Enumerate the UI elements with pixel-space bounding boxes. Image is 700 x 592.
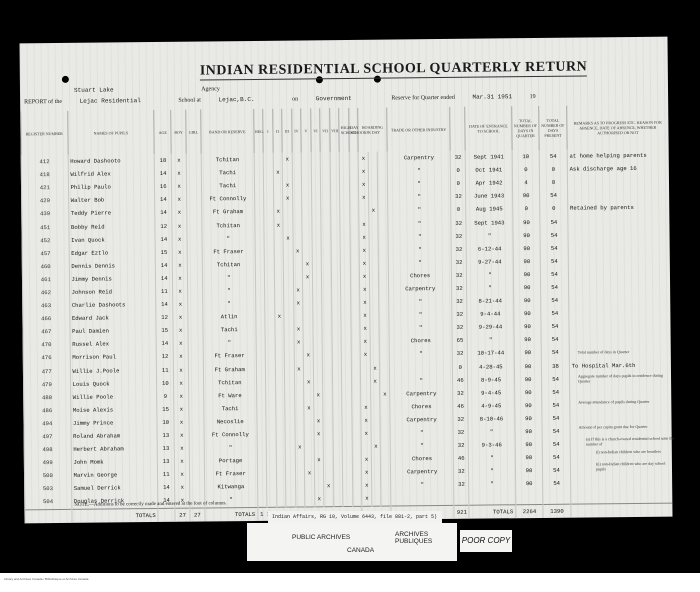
grade-cell bbox=[323, 362, 333, 375]
date-of-entrance: 10-17-44 bbox=[467, 347, 514, 361]
register-number: 429 bbox=[22, 194, 69, 208]
time-total: 921 bbox=[454, 505, 469, 519]
grade-cell bbox=[302, 192, 312, 205]
band: " bbox=[202, 271, 255, 285]
grade-cell bbox=[266, 402, 276, 415]
grade-cell bbox=[292, 179, 302, 192]
boarding-cell bbox=[379, 256, 389, 269]
grade-cell bbox=[255, 271, 265, 284]
grade-cell bbox=[312, 205, 322, 218]
days-total: 90 bbox=[514, 320, 542, 333]
grade-cell bbox=[341, 309, 351, 322]
grade-cell bbox=[265, 310, 275, 323]
boy-mark: x bbox=[173, 311, 188, 324]
boy-mark: x bbox=[174, 429, 189, 442]
boy-mark: x bbox=[173, 285, 188, 298]
days-present: 54 bbox=[542, 398, 570, 411]
grade-cell bbox=[341, 283, 351, 296]
time-in-trade: 32 bbox=[452, 269, 467, 282]
pupils-table: Register Number Names of Pupils Age Boy … bbox=[20, 105, 672, 523]
time-in-trade: 32 bbox=[452, 255, 467, 268]
register-number: 499 bbox=[24, 456, 71, 470]
age: 12 bbox=[157, 350, 174, 363]
col-grade: VII bbox=[320, 108, 330, 152]
school-value: Lejac,B.C. bbox=[218, 96, 254, 103]
grade-cell bbox=[321, 165, 331, 178]
trade bbox=[391, 491, 455, 505]
grade-cell bbox=[276, 415, 286, 428]
grade-cell bbox=[302, 244, 312, 257]
report-line: REPORT of the Lejac Residential School a… bbox=[24, 93, 536, 105]
boarding-cell bbox=[379, 243, 389, 256]
grade-cell bbox=[333, 401, 343, 414]
remarks: To Hospital Mar.6th bbox=[569, 358, 671, 372]
grade-cell bbox=[324, 466, 334, 479]
grade-cell bbox=[276, 401, 286, 414]
grade-cell bbox=[305, 453, 315, 466]
grade-cell bbox=[331, 218, 341, 231]
remarks bbox=[570, 410, 672, 424]
pupil-name: Jimmy Prince bbox=[70, 416, 157, 430]
grade-cell bbox=[352, 440, 362, 453]
grade-cell bbox=[349, 152, 359, 165]
boarding-cell: x bbox=[359, 165, 369, 178]
grade-cell: x bbox=[273, 166, 283, 179]
pupil-name: Wilfrid Alex bbox=[68, 167, 155, 181]
grade-cell bbox=[302, 179, 312, 192]
grade-cell bbox=[275, 375, 285, 388]
col-trade: Trade or Other Industry bbox=[387, 107, 451, 152]
boarding-cell bbox=[368, 191, 378, 204]
pupil-name: Roland Abraham bbox=[71, 429, 158, 443]
girl-mark bbox=[187, 258, 202, 271]
remarks: at home helping parents bbox=[567, 149, 669, 163]
archive-reference: Indian Affairs, RG 10, Volume 6443, file… bbox=[268, 511, 442, 523]
time-in-trade: 32 bbox=[453, 347, 468, 360]
boy-mark: x bbox=[172, 219, 187, 232]
remarks bbox=[568, 266, 670, 280]
grade-cell bbox=[254, 179, 264, 192]
grade-cell bbox=[323, 388, 333, 401]
boarding-cell bbox=[370, 309, 380, 322]
note-aggregate-days: Aggregate number of days pupils in resid… bbox=[578, 373, 668, 384]
trade bbox=[389, 360, 453, 374]
grade-cell bbox=[323, 349, 333, 362]
grade-cell bbox=[266, 415, 276, 428]
grade-cell bbox=[304, 427, 314, 440]
pupil-name: Teddy Pierre bbox=[68, 206, 155, 220]
grade-cell bbox=[313, 336, 323, 349]
band: Portage bbox=[204, 454, 257, 468]
boarding-cell bbox=[380, 374, 390, 387]
grade-cell bbox=[302, 205, 312, 218]
remarks bbox=[568, 280, 670, 294]
boarding-cell bbox=[378, 191, 388, 204]
col-grade: Day School bbox=[349, 108, 359, 152]
grade-cell bbox=[264, 258, 274, 271]
grade-cell bbox=[350, 270, 360, 283]
grade-cell bbox=[256, 375, 266, 388]
age: 14 bbox=[156, 337, 173, 350]
col-grade: IV bbox=[291, 108, 301, 152]
time-in-trade: 32 bbox=[452, 321, 467, 334]
grade-cell bbox=[340, 178, 350, 191]
time-in-trade: 32 bbox=[454, 465, 469, 478]
grade-cell bbox=[342, 414, 352, 427]
col-register: Register Number bbox=[21, 111, 68, 155]
trade: Carpentry bbox=[387, 151, 451, 165]
register-number: 497 bbox=[24, 430, 71, 444]
grade-cell: x bbox=[294, 323, 304, 336]
boy-mark: x bbox=[175, 468, 190, 481]
grade-cell bbox=[321, 218, 331, 231]
girl-mark bbox=[189, 428, 204, 441]
grade-cell bbox=[266, 441, 276, 454]
trade: Carpentry bbox=[390, 465, 454, 479]
grade-cell bbox=[320, 152, 330, 165]
grade-cell bbox=[352, 453, 362, 466]
grade-cell bbox=[332, 335, 342, 348]
register-number: 480 bbox=[24, 391, 71, 405]
grade-cell: x bbox=[314, 453, 324, 466]
grade-cell bbox=[254, 153, 264, 166]
grade-cell: x bbox=[283, 179, 293, 192]
days-present: 0 bbox=[540, 202, 568, 215]
grade-cell bbox=[294, 349, 304, 362]
grade-cell bbox=[331, 244, 341, 257]
grade-cell: x bbox=[315, 493, 325, 507]
grade-cell bbox=[257, 428, 267, 441]
days-present: 54 bbox=[542, 372, 570, 385]
grade-cell bbox=[333, 453, 343, 466]
days-total: 90 bbox=[514, 346, 542, 359]
days-total: 90 bbox=[515, 451, 543, 464]
date-of-entrance bbox=[469, 491, 516, 505]
register-number: 452 bbox=[22, 233, 69, 247]
band: Tchitan bbox=[203, 376, 256, 390]
boarding-cell bbox=[370, 322, 380, 335]
age: 11 bbox=[156, 285, 173, 298]
boarding-cell: x bbox=[370, 361, 380, 374]
grade-cell bbox=[293, 218, 303, 231]
report-value: Lejac Residential bbox=[80, 97, 141, 105]
age: 14 bbox=[155, 232, 172, 245]
boarding-cell: x bbox=[361, 348, 371, 361]
grade-cell bbox=[267, 467, 277, 480]
grade-cell bbox=[285, 401, 295, 414]
grade-cell bbox=[284, 336, 294, 349]
grade-cell bbox=[267, 480, 277, 493]
remarks bbox=[568, 293, 670, 307]
grade-cell bbox=[295, 427, 305, 440]
girl-mark bbox=[187, 245, 202, 258]
col-age: Age bbox=[154, 110, 171, 154]
days-present: 54 bbox=[540, 241, 568, 254]
band: Ft Connolly bbox=[204, 428, 257, 442]
credit-bar: Library and Archives Canada / Bibliothèq… bbox=[0, 573, 700, 592]
boarding-cell bbox=[359, 204, 369, 217]
days-present: 54 bbox=[541, 333, 569, 346]
grade-cell bbox=[313, 349, 323, 362]
grade-cell bbox=[257, 454, 267, 467]
pupil-name: Marvin George bbox=[71, 468, 158, 482]
col-grade: Beg. bbox=[253, 109, 263, 153]
grade-cell bbox=[256, 349, 266, 362]
boarding-cell bbox=[369, 217, 379, 230]
trade: " bbox=[388, 216, 452, 230]
band: " bbox=[202, 297, 255, 311]
totals-girls: 27 bbox=[190, 508, 205, 522]
grade-cell bbox=[343, 440, 353, 453]
grade-cell bbox=[257, 415, 267, 428]
pupil-name: Morrison Paul bbox=[70, 350, 157, 364]
band: " bbox=[202, 232, 255, 246]
trade: Chores bbox=[390, 452, 454, 466]
days-total: 90 bbox=[514, 373, 542, 386]
grade-cell bbox=[275, 323, 285, 336]
register-number: 476 bbox=[23, 351, 70, 365]
col-grade: VI bbox=[310, 108, 320, 152]
grade-cell: x bbox=[283, 192, 293, 205]
date-of-entrance: 8-10-46 bbox=[468, 412, 515, 426]
register-number: 457 bbox=[22, 247, 69, 261]
col-grade: III bbox=[282, 109, 292, 153]
col-time bbox=[450, 107, 465, 151]
grade-cell: x bbox=[282, 153, 292, 166]
grade-cell bbox=[255, 284, 265, 297]
grade-cell bbox=[294, 310, 304, 323]
grade-cell bbox=[350, 283, 360, 296]
grade-cell bbox=[349, 191, 359, 204]
grade-cell bbox=[304, 440, 314, 453]
grade-cell bbox=[257, 441, 267, 454]
agency-value: Stuart Lake bbox=[74, 86, 114, 93]
grade-cell bbox=[341, 257, 351, 270]
date-of-entrance: 4-28-45 bbox=[468, 360, 515, 374]
boy-mark: x bbox=[173, 324, 188, 337]
col-boarding: Boarding or Day bbox=[358, 108, 387, 152]
grade-cell bbox=[286, 493, 296, 507]
trade: " bbox=[389, 295, 453, 309]
trade: Carpentry bbox=[390, 413, 454, 427]
grade-cell bbox=[334, 492, 344, 506]
girl-mark bbox=[188, 363, 203, 376]
grade-cell bbox=[332, 375, 342, 388]
age: 13 bbox=[157, 429, 174, 442]
age: 11 bbox=[157, 363, 174, 376]
days-present: 0 bbox=[540, 163, 568, 176]
girl-mark bbox=[186, 167, 201, 180]
grade-cell bbox=[276, 493, 286, 507]
girl-mark bbox=[186, 154, 201, 167]
grade-cell bbox=[285, 428, 295, 441]
boarding-cell bbox=[368, 178, 378, 191]
boarding-cell bbox=[371, 479, 381, 492]
days-total: 90 bbox=[513, 281, 541, 294]
grade-cell bbox=[352, 479, 362, 492]
days-present: 54 bbox=[542, 385, 570, 398]
date-of-entrance: June 1943 bbox=[466, 190, 513, 204]
grade-cell bbox=[295, 480, 305, 493]
grade-cell bbox=[292, 152, 302, 165]
grade-cell bbox=[350, 217, 360, 230]
time-in-trade: 0 bbox=[453, 360, 468, 373]
remarks bbox=[568, 214, 670, 228]
trade: " bbox=[389, 321, 453, 335]
pupil-name: Ivan Quock bbox=[69, 233, 156, 247]
grade-cell: x bbox=[314, 414, 324, 427]
grade-cell bbox=[341, 335, 351, 348]
grade-cell bbox=[333, 440, 343, 453]
note-grant: Amount of per capita grant due for Quart… bbox=[579, 424, 669, 430]
age: 14 bbox=[156, 272, 173, 285]
grade-cell bbox=[321, 191, 331, 204]
grade-cell bbox=[276, 441, 286, 454]
grade-cell bbox=[352, 414, 362, 427]
girl-mark bbox=[187, 219, 202, 232]
girl-mark bbox=[187, 232, 202, 245]
remarks bbox=[567, 188, 669, 202]
grade-cell bbox=[349, 165, 359, 178]
remarks bbox=[567, 175, 669, 189]
time-in-trade bbox=[454, 491, 469, 505]
grade-cell bbox=[322, 322, 332, 335]
days-present: 54 bbox=[543, 464, 571, 477]
grade-cell: x bbox=[294, 362, 304, 375]
grade-cell bbox=[302, 218, 312, 231]
grade-cell bbox=[342, 348, 352, 361]
days-total: 4 bbox=[512, 176, 540, 189]
band: Ft Fraser bbox=[203, 349, 256, 363]
days-total: 90 bbox=[513, 215, 541, 228]
register-number: 451 bbox=[22, 220, 69, 234]
boarding-cell bbox=[378, 230, 388, 243]
time-in-trade: 32 bbox=[452, 308, 467, 321]
grade-cell bbox=[350, 257, 360, 270]
boarding-cell: x bbox=[360, 296, 370, 309]
grade-cell bbox=[265, 336, 275, 349]
days-total: 0 bbox=[512, 163, 540, 176]
boarding-cell bbox=[379, 269, 389, 282]
year-label: 19 bbox=[530, 94, 536, 100]
register-number: 463 bbox=[23, 299, 70, 313]
boarding-cell bbox=[380, 348, 390, 361]
grade-cell bbox=[340, 244, 350, 257]
note-non-indian-boarders: (i) non-Indian children who are boarders bbox=[596, 449, 668, 455]
grade-cell bbox=[294, 375, 304, 388]
grade-cell bbox=[342, 388, 352, 401]
boarding-cell bbox=[371, 466, 381, 479]
grade-cell bbox=[283, 166, 293, 179]
att-days-total: 2264 bbox=[516, 504, 544, 518]
grade-cell: x bbox=[313, 388, 323, 401]
grade-cell bbox=[295, 454, 305, 467]
grade-cell bbox=[314, 466, 324, 479]
days-total: 90 bbox=[515, 477, 543, 490]
girl-mark bbox=[188, 324, 203, 337]
pupil-name: Edgar Eztlo bbox=[69, 246, 156, 260]
pupil-name: John Momk bbox=[71, 455, 158, 469]
grade-cell bbox=[313, 375, 323, 388]
grade-cell bbox=[293, 231, 303, 244]
pupil-name: Howard Dashooto bbox=[68, 154, 155, 168]
grade-cell bbox=[351, 309, 361, 322]
boarding-cell: x bbox=[361, 401, 371, 414]
time-in-trade: 46 bbox=[454, 452, 469, 465]
days-present: 54 bbox=[542, 425, 570, 438]
girl-mark bbox=[188, 337, 203, 350]
grade-cell bbox=[264, 218, 274, 231]
remarks bbox=[569, 332, 671, 346]
credit-text: Library and Archives Canada / Bibliothèq… bbox=[0, 573, 98, 585]
days-present: 8 bbox=[540, 176, 568, 189]
boarding-cell: x bbox=[371, 440, 381, 453]
grade-cell bbox=[314, 401, 324, 414]
register-number: 418 bbox=[21, 168, 68, 182]
grade-cell bbox=[313, 309, 323, 322]
on-label: on bbox=[292, 96, 298, 102]
grade-cell bbox=[266, 375, 276, 388]
time-in-trade: 32 bbox=[452, 242, 467, 255]
grade-cell bbox=[330, 178, 340, 191]
grade-cell bbox=[340, 165, 350, 178]
grade-cell bbox=[273, 192, 283, 205]
date-of-entrance: 6-12-44 bbox=[466, 242, 513, 256]
grade-cell bbox=[273, 153, 283, 166]
boy-mark: x bbox=[173, 350, 188, 363]
grade-cell bbox=[313, 362, 323, 375]
grade-cell bbox=[284, 297, 294, 310]
grade-cell bbox=[351, 296, 361, 309]
boarding-cell bbox=[370, 296, 380, 309]
grade-cell bbox=[322, 257, 332, 270]
days-total: 90 bbox=[513, 294, 541, 307]
boarding-cell bbox=[361, 361, 371, 374]
return-form-page: INDIAN RESIDENTIAL SCHOOL QUARTERLY RETU… bbox=[20, 37, 673, 524]
grade-cell bbox=[265, 297, 275, 310]
boy-mark: x bbox=[174, 442, 189, 455]
grade-cell bbox=[275, 349, 285, 362]
days-present: 54 bbox=[541, 254, 569, 267]
time-in-trade: 32 bbox=[452, 282, 467, 295]
grade-cell bbox=[274, 257, 284, 270]
trade: Carpentry bbox=[390, 387, 454, 401]
poor-copy-stamp: POOR COPY bbox=[460, 530, 512, 552]
grade-cell: x bbox=[305, 467, 315, 480]
age: 13 bbox=[158, 455, 175, 468]
att-present-total: 1390 bbox=[543, 504, 571, 518]
band: " bbox=[203, 336, 256, 350]
grade-cell bbox=[321, 231, 331, 244]
date-of-entrance: " bbox=[467, 334, 514, 348]
grade-cell bbox=[351, 348, 361, 361]
grade-cell bbox=[340, 152, 350, 165]
grade-cell bbox=[321, 178, 331, 191]
days-present: 54 bbox=[540, 228, 568, 241]
grade-cell bbox=[312, 244, 322, 257]
trade: " bbox=[391, 478, 455, 492]
grade-cell: x bbox=[314, 427, 324, 440]
age: 12 bbox=[155, 219, 172, 232]
band: Necoslie bbox=[204, 415, 257, 429]
trade: Chores bbox=[388, 269, 452, 283]
grade-cell: x bbox=[293, 283, 303, 296]
archives-country: CANADA bbox=[347, 547, 374, 554]
time-in-trade: 32 bbox=[453, 413, 468, 426]
boarding-cell: x bbox=[359, 243, 369, 256]
trade: " bbox=[389, 373, 453, 387]
remarks: Ask discharge age 16 bbox=[567, 162, 669, 176]
